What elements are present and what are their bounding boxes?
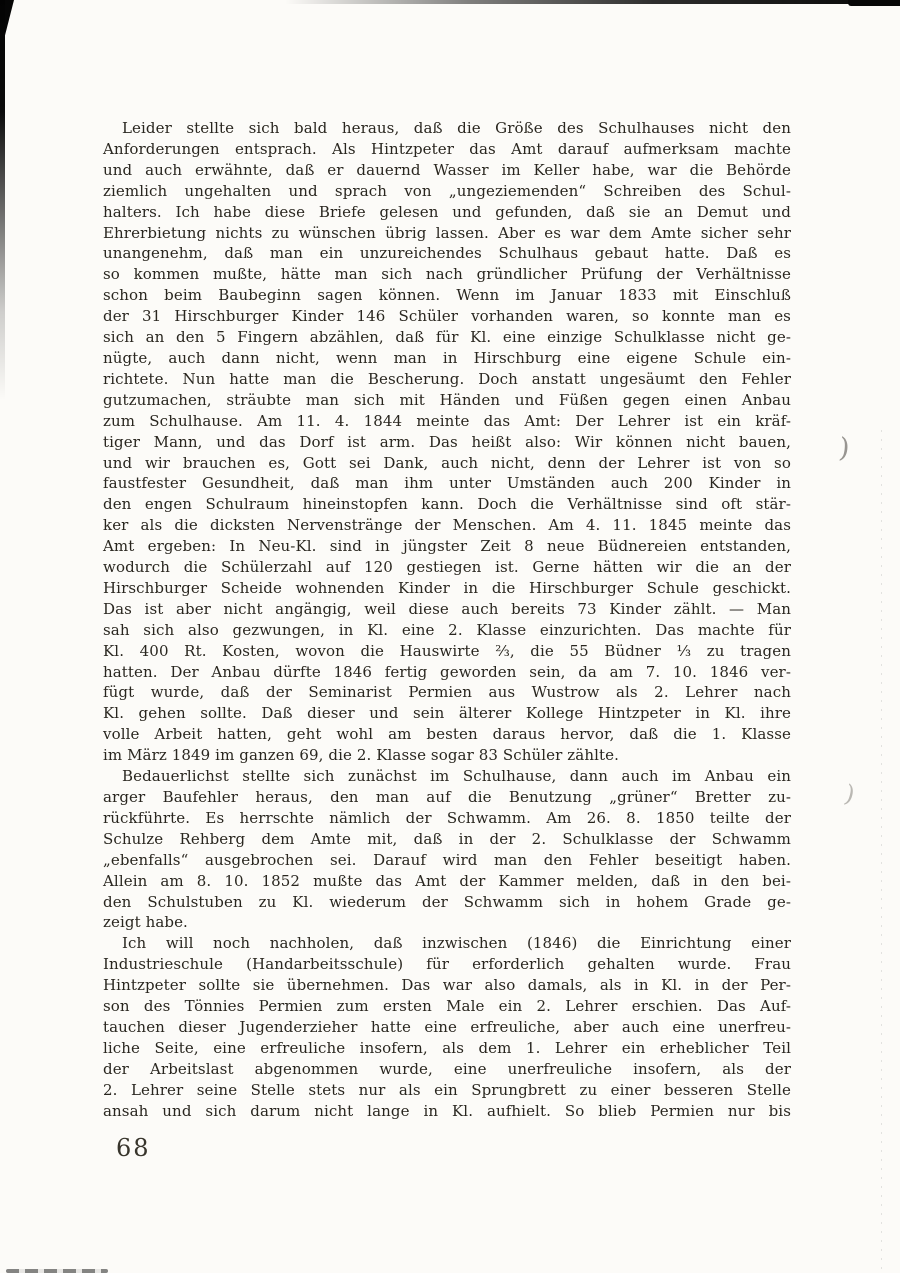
text-line: ker als die dicksten Nervenstränge der M… xyxy=(103,515,791,536)
text-line: nügte, auch dann nicht, wenn man in Hirs… xyxy=(103,348,791,369)
margin-paren-mark: ) xyxy=(842,779,858,808)
text-line: „ebenfalls“ ausgebrochen sei. Darauf wir… xyxy=(103,850,791,871)
paragraph-1: Leider stellte sich bald heraus, daß die… xyxy=(103,118,791,766)
text-line: unangenehm, daß man ein unzureichendes S… xyxy=(103,243,791,264)
text-line: so kommen mußte, hätte man sich nach grü… xyxy=(103,264,791,285)
text-line: Anforderungen entsprach. Als Hintzpeter … xyxy=(103,139,791,160)
text-line: Industrieschule (Handarbeitsschule) für … xyxy=(103,954,791,975)
text-line: gutzumachen, sträubte man sich mit Hände… xyxy=(103,390,791,411)
text-line: Bedauerlichst stellte sich zunächst im S… xyxy=(103,766,791,787)
text-line: 2. Lehrer seine Stelle stets nur als ein… xyxy=(103,1080,791,1101)
text-line: zum Schulhause. Am 11. 4. 1844 meinte da… xyxy=(103,411,791,432)
text-line: son des Tönnies Permien zum ersten Male … xyxy=(103,996,791,1017)
scan-edge-left xyxy=(0,0,5,400)
text-line: Ich will noch nachholen, daß inzwischen … xyxy=(103,933,791,954)
text-line: der 31 Hirschburger Kinder 146 Schüler v… xyxy=(103,306,791,327)
text-line: der Arbeitslast abgenommen wurde, eine u… xyxy=(103,1059,791,1080)
text-line: Amt ergeben: In Neu-Kl. sind in jüngster… xyxy=(103,536,791,557)
page-number: 68 xyxy=(116,1134,151,1162)
paragraph-3: Ich will noch nachholen, daß inzwischen … xyxy=(103,933,791,1121)
text-line: Allein am 8. 10. 1852 mußte das Amt der … xyxy=(103,871,791,892)
text-line: faustfester Gesundheit, daß man ihm unte… xyxy=(103,473,791,494)
text-line: den engen Schulraum hineinstopfen kann. … xyxy=(103,494,791,515)
text-line: Hintzpeter sollte sie übernehmen. Das wa… xyxy=(103,975,791,996)
text-line: Ehrerbietung nichts zu wünschen übrig la… xyxy=(103,223,791,244)
text-line: Kl. 400 Rt. Kosten, wovon die Hauswirte … xyxy=(103,641,791,662)
text-line: rückführte. Es herrschte nämlich der Sch… xyxy=(103,808,791,829)
scan-edge-top-right xyxy=(848,0,900,6)
text-line: halters. Ich habe diese Briefe gelesen u… xyxy=(103,202,791,223)
scanned-page: ) ) Leider stellte sich bald heraus, daß… xyxy=(0,0,900,1273)
text-line: arger Baufehler heraus, den man auf die … xyxy=(103,787,791,808)
text-line: liche Seite, eine erfreuliche insofern, … xyxy=(103,1038,791,1059)
text-line: sich an den 5 Fingern abzählen, daß für … xyxy=(103,327,791,348)
text-line: ziemlich ungehalten und sprach von „unge… xyxy=(103,181,791,202)
text-line: Kl. gehen sollte. Daß dieser und sein äl… xyxy=(103,703,791,724)
text-line: tauchen dieser Jugenderzieher hatte eine… xyxy=(103,1017,791,1038)
paragraph-2: Bedauerlichst stellte sich zunächst im S… xyxy=(103,766,791,933)
text-line: und auch erwähnte, daß er dauernd Wasser… xyxy=(103,160,791,181)
margin-paren-mark: ) xyxy=(837,433,851,465)
scan-edge-top xyxy=(285,0,900,4)
scan-streak-right xyxy=(881,430,882,1270)
text-line: sah sich also gezwungen, in Kl. eine 2. … xyxy=(103,620,791,641)
page-text-block: Leider stellte sich bald heraus, daß die… xyxy=(103,118,791,1122)
text-line: und wir brauchen es, Gott sei Dank, auch… xyxy=(103,453,791,474)
text-line: Das ist aber nicht angängig, weil diese … xyxy=(103,599,791,620)
text-line: richtete. Nun hatte man die Bescherung. … xyxy=(103,369,791,390)
text-line: ansah und sich darum nicht lange in Kl. … xyxy=(103,1101,791,1122)
text-line: Schulze Rehberg dem Amte mit, daß in der… xyxy=(103,829,791,850)
text-line: fügt wurde, daß der Seminarist Permien a… xyxy=(103,682,791,703)
text-line: tiger Mann, und das Dorf ist arm. Das he… xyxy=(103,432,791,453)
text-line: schon beim Baubeginn sagen können. Wenn … xyxy=(103,285,791,306)
text-line: hatten. Der Anbau dürfte 1846 fertig gew… xyxy=(103,662,791,683)
text-line: im März 1849 im ganzen 69, die 2. Klasse… xyxy=(103,745,791,766)
text-line: wodurch die Schülerzahl auf 120 gestiege… xyxy=(103,557,791,578)
text-line: Leider stellte sich bald heraus, daß die… xyxy=(103,118,791,139)
text-line: volle Arbeit hatten, geht wohl am besten… xyxy=(103,724,791,745)
text-line: den Schulstuben zu Kl. wiederum der Schw… xyxy=(103,892,791,913)
text-line: zeigt habe. xyxy=(103,912,791,933)
text-line: Hirschburger Scheide wohnenden Kinder in… xyxy=(103,578,791,599)
scan-smudge-bottom xyxy=(6,1269,108,1273)
